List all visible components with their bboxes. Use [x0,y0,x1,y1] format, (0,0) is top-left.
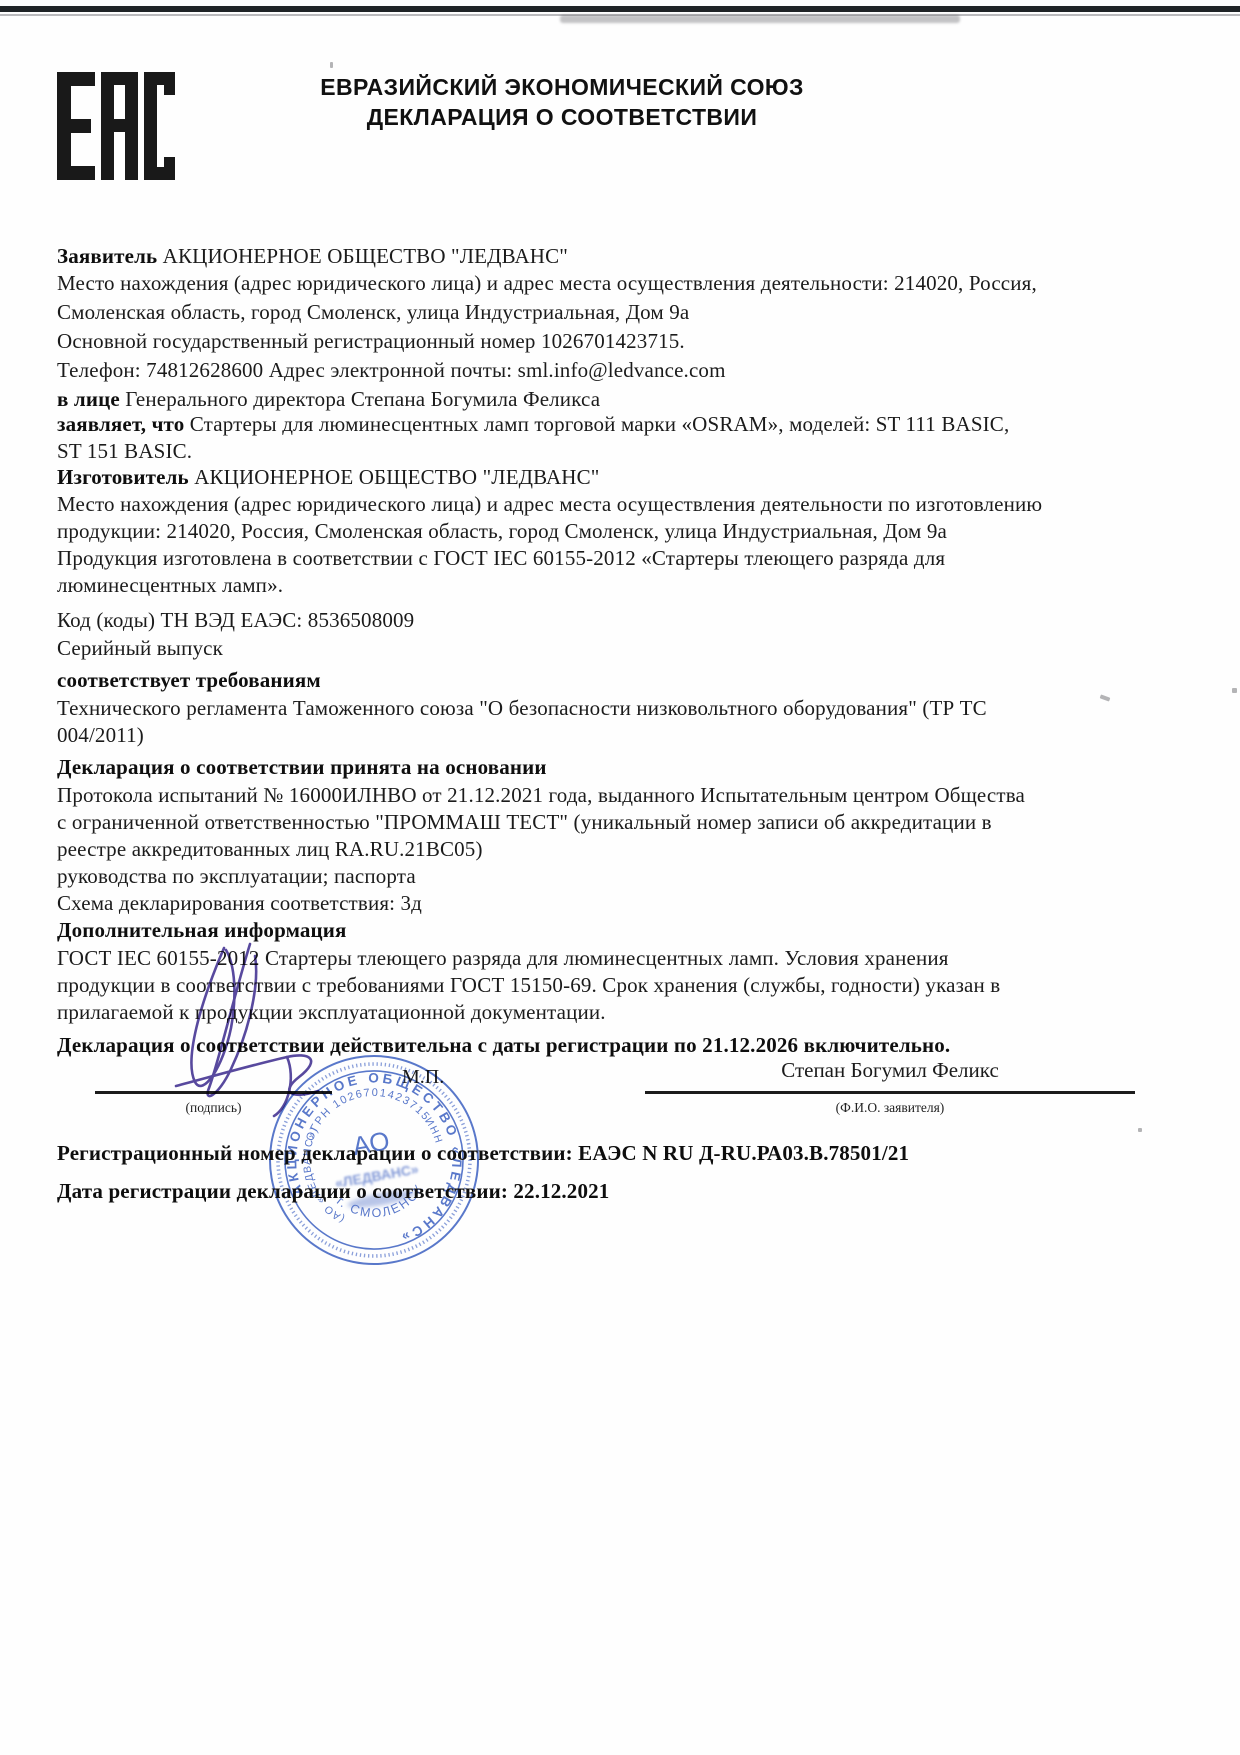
applicant-ogrn-line: Основной государственный регистрационный… [57,329,685,354]
declares-line1: заявляет, что Стартеры для люминесцентны… [57,412,1009,437]
scan-artifact-top-line [0,6,1240,12]
scan-speck [1138,1128,1142,1132]
signature-rule-right [645,1091,1135,1094]
compliance-heading: соответствует требованиям [57,668,321,693]
applicant-name: АКЦИОНЕРНОЕ ОБЩЕСТВО "ЛЕДВАНС" [157,244,568,268]
manufacturer-name: АКЦИОНЕРНОЕ ОБЩЕСТВО "ЛЕДВАНС" [189,465,600,489]
basis-heading: Декларация о соответствии принята на осн… [57,755,547,780]
scan-speck [1232,688,1237,693]
basis-text-line1: Протокола испытаний № 16000ИЛНВО от 21.1… [57,783,1025,808]
applicant-label: Заявитель [57,244,157,268]
manufacturer-address-line2: продукции: 214020, Россия, Смоленская об… [57,519,947,544]
product-description-line1: Стартеры для люминесцентных ламп торгово… [184,412,1009,436]
scan-speck [330,62,333,68]
registration-date-value: 22.12.2021 [513,1179,609,1203]
basis-text-line5: Схема декларирования соответствия: 3д [57,891,422,916]
tnved-code-line: Код (коды) ТН ВЭД ЕАЭС: 8536508009 [57,608,414,633]
declares-line2: ST 151 BASIC. [57,439,192,464]
document-title-line2: ДЕКЛАРАЦИЯ О СООТВЕТСТВИИ [0,102,1124,132]
scan-speck [1100,694,1111,701]
document-title: ЕВРАЗИЙСКИЙ ЭКОНОМИЧЕСКИЙ СОЮЗ ДЕКЛАРАЦИ… [0,72,1124,132]
manufacturer-standard-line1: Продукция изготовлена в соответствии с Г… [57,546,945,571]
signer-name: Степан Богумил Феликс [645,1058,1135,1083]
manufacturer-name-line: Изготовитель АКЦИОНЕРНОЕ ОБЩЕСТВО "ЛЕДВА… [57,465,600,490]
manufacturer-label: Изготовитель [57,465,189,489]
compliance-text-line2: 004/2011) [57,723,144,748]
scan-artifact-smudge [560,15,960,23]
declares-label: заявляет, что [57,412,184,436]
represented-by-name: Генерального директора Степана Богумила … [120,387,600,411]
compliance-text-line1: Технического регламента Таможенного союз… [57,696,987,721]
registration-date-line: Дата регистрации декларации о соответств… [57,1179,609,1204]
registration-number-value: ЕАЭС N RU Д-RU.РА03.В.78501/21 [578,1141,909,1165]
represented-by-label: в лице [57,387,120,411]
applicant-address-line1: Место нахождения (адрес юридического лиц… [57,271,1037,296]
applicant-name-line: Заявитель АКЦИОНЕРНОЕ ОБЩЕСТВО "ЛЕДВАНС" [57,242,568,271]
manufacturer-address-line1: Место нахождения (адрес юридического лиц… [57,492,1042,517]
applicant-representative-line: в лице Генерального директора Степана Бо… [57,387,600,412]
document-title-line1: ЕВРАЗИЙСКИЙ ЭКОНОМИЧЕСКИЙ СОЮЗ [0,72,1124,102]
basis-text-line3: реестре аккредитованных лиц RA.RU.21BC05… [57,837,483,862]
manufacturer-standard-line2: люминесцентных ламп». [57,573,283,598]
registration-number-label: Регистрационный номер декларации о соотв… [57,1141,578,1165]
declaration-document: ЕВРАЗИЙСКИЙ ЭКОНОМИЧЕСКИЙ СОЮЗ ДЕКЛАРАЦИ… [0,0,1240,1755]
signer-caption: (Ф.И.О. заявителя) [645,1100,1135,1116]
applicant-contacts-line: Телефон: 74812628600 Адрес электронной п… [57,358,726,383]
serial-release-line: Серийный выпуск [57,636,223,661]
registration-date-label: Дата регистрации декларации о соответств… [57,1179,513,1203]
basis-text-line2: с ограниченной ответственностью "ПРОММАШ… [57,810,992,835]
registration-number-line: Регистрационный номер декларации о соотв… [57,1141,909,1166]
applicant-address-line2: Смоленская область, город Смоленск, улиц… [57,300,689,325]
basis-text-line4: руководства по эксплуатации; паспорта [57,864,416,889]
